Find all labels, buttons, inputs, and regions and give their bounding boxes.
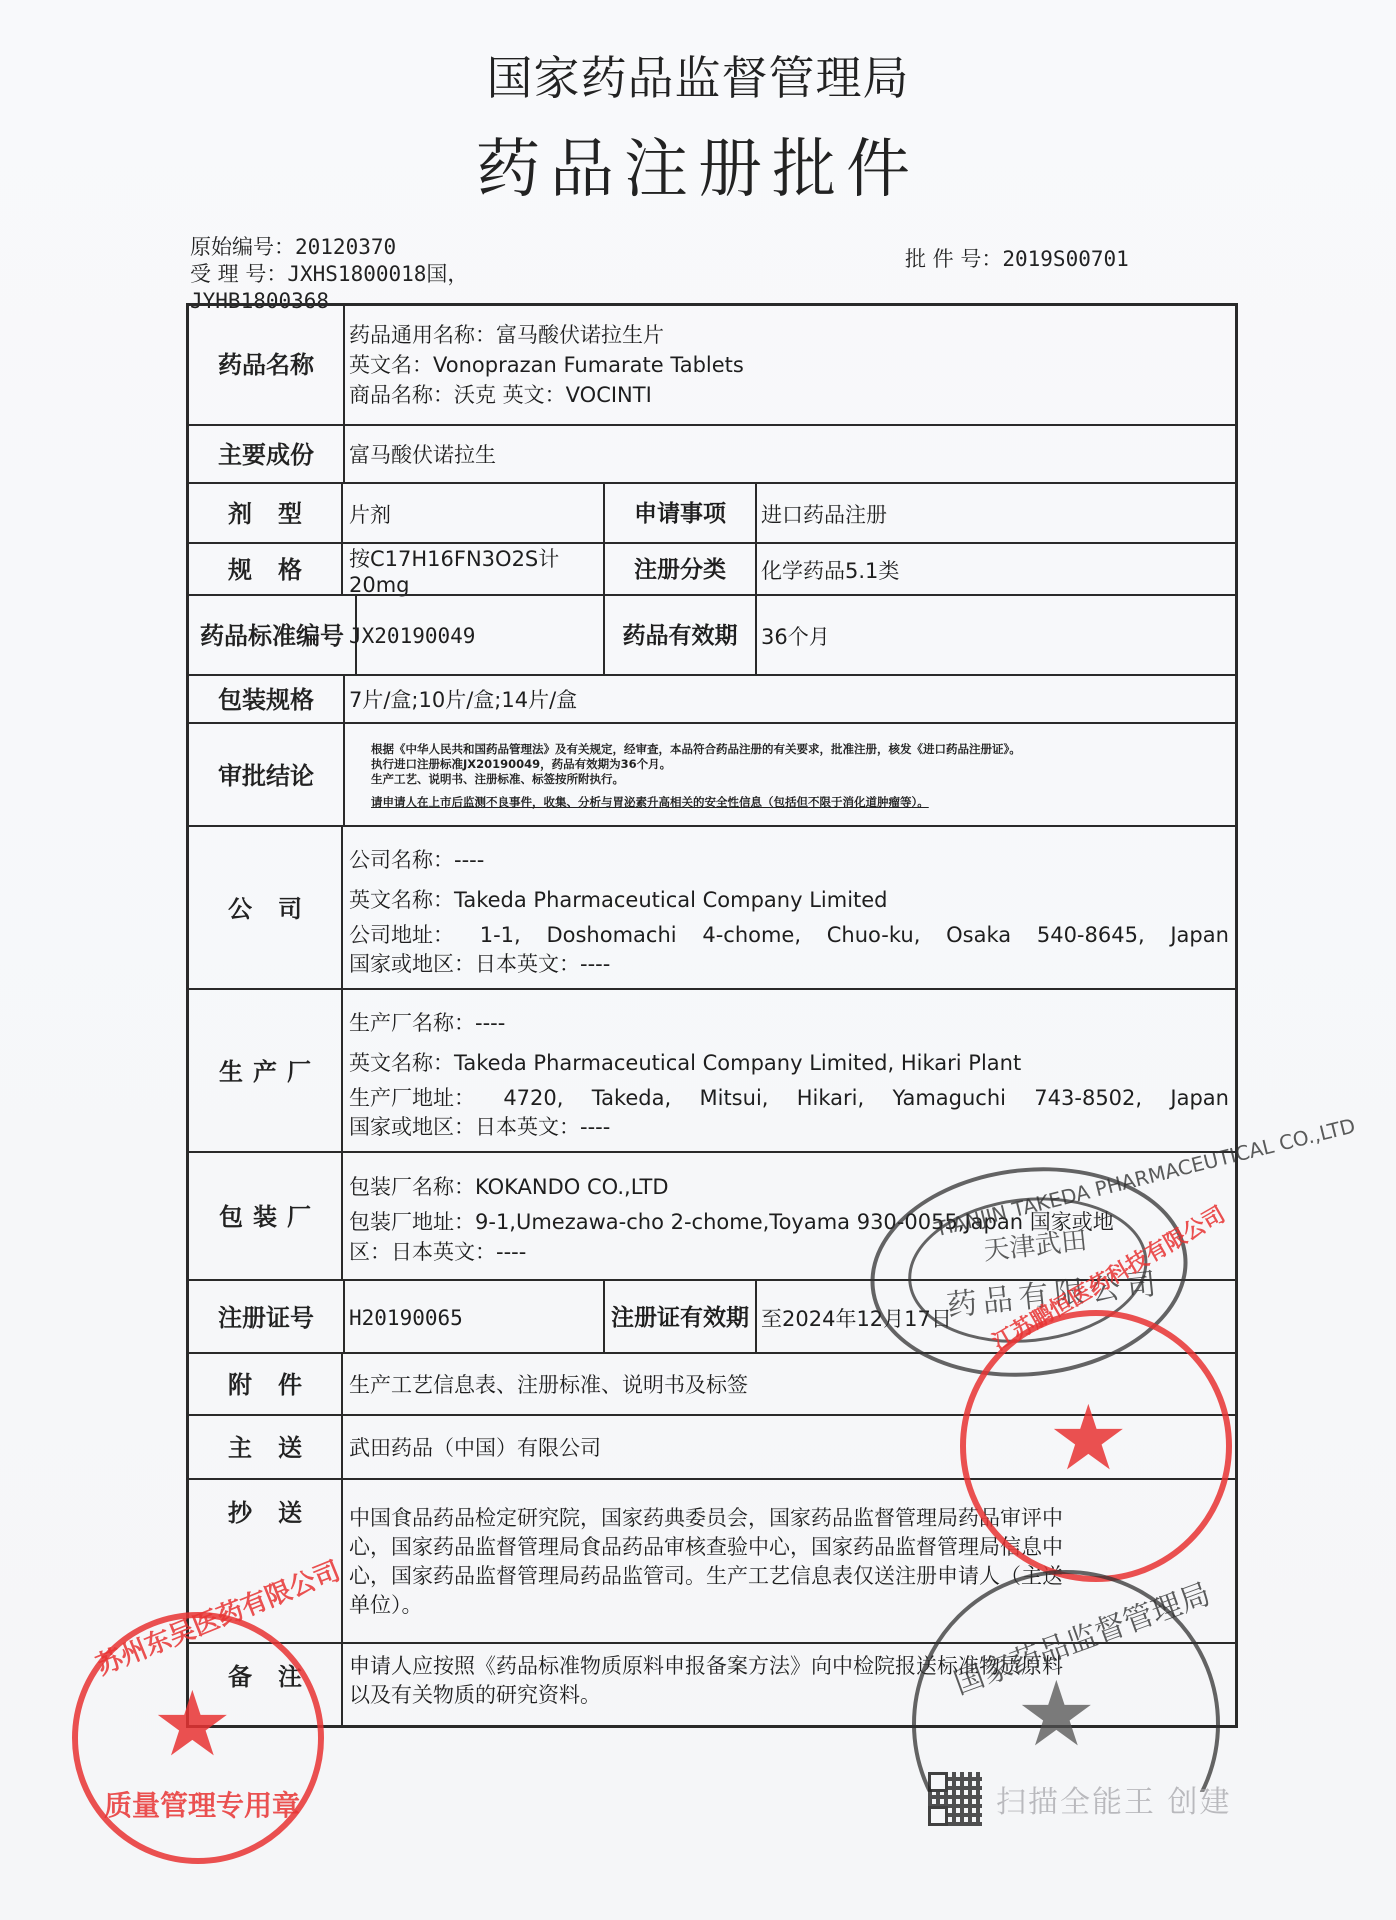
company-english-name: 英文名称：Takeda Pharmaceutical Company Limit… bbox=[349, 880, 1229, 920]
company-name: 公司名称：---- bbox=[349, 840, 1229, 880]
certificate-number-value: H20190065 bbox=[349, 1281, 599, 1354]
watermark-text: 扫描全能王 创建 bbox=[996, 1777, 1232, 1821]
row-remarks: 备注 申请人应按照《药品标准物质原料申报备案方法》向中检院报送标准物质原料 以及… bbox=[189, 1642, 1235, 1725]
label-packaging-spec: 包装规格 bbox=[189, 676, 345, 724]
row-cc: 抄送 中国食品药品检定研究院，国家药典委员会，国家药品监督管理局药品审评中 心，… bbox=[189, 1478, 1235, 1644]
approval-number: 批 件 号：2019S00701 bbox=[905, 246, 1129, 273]
label-remarks: 备注 bbox=[189, 1644, 343, 1725]
main-recipient-value: 武田药品（中国）有限公司 bbox=[349, 1433, 1229, 1463]
row-dosage-form: 剂型 片剂 申请事项 进口药品注册 bbox=[189, 482, 1235, 544]
generic-name: 药品通用名称：富马酸伏诺拉生片 bbox=[349, 320, 1229, 350]
label-attachments: 附件 bbox=[189, 1354, 343, 1416]
certificate-validity-value: 至2024年12月17日 bbox=[761, 1281, 1229, 1354]
row-certificate: 注册证号 H20190065 注册证有效期 至2024年12月17日 bbox=[189, 1279, 1235, 1354]
manufacturer-address: 生产厂地址： 4720, Takeda, Mitsui, Hikari, Yam… bbox=[349, 1083, 1229, 1113]
row-conclusion: 审批结论 根据《中华人民共和国药品管理法》及有关规定，经审查，本品符合药品注册的… bbox=[189, 722, 1235, 827]
application-item-value: 进口药品注册 bbox=[761, 484, 1229, 544]
row-main-recipient: 主送 武田药品（中国）有限公司 bbox=[189, 1414, 1235, 1480]
label-conclusion: 审批结论 bbox=[189, 724, 345, 827]
row-manufacturer: 生产厂 生产厂名称：---- 英文名称：Takeda Pharmaceutica… bbox=[189, 988, 1235, 1153]
manufacturer-english-name: 英文名称：Takeda Pharmaceutical Company Limit… bbox=[349, 1043, 1229, 1083]
label-registration-category: 注册分类 bbox=[603, 544, 757, 596]
original-number: 原始编号：20120370 bbox=[190, 234, 468, 261]
qr-code-icon bbox=[928, 1772, 982, 1826]
company-address: 公司地址： 1-1, Doshomachi 4-chome, Chuo-ku, … bbox=[349, 920, 1229, 950]
label-packager: 包装厂 bbox=[189, 1153, 343, 1281]
scanner-watermark: 扫描全能王 创建 bbox=[928, 1772, 1232, 1826]
label-cc: 抄送 bbox=[189, 1480, 343, 1644]
dosage-form-value: 片剂 bbox=[349, 484, 599, 544]
conclusion-text: 根据《中华人民共和国药品管理法》及有关规定，经审查，本品符合药品注册的有关要求，… bbox=[349, 724, 1229, 827]
issuing-agency: 国家药品监督管理局 bbox=[0, 42, 1396, 108]
packager-address: 包装厂地址：9-1,Umezawa-cho 2-chome,Toyama 930… bbox=[349, 1207, 1229, 1237]
packager-name: 包装厂名称：KOKANDO CO.,LTD bbox=[349, 1167, 1229, 1207]
label-specification: 规格 bbox=[189, 544, 343, 596]
registration-category-value: 化学药品5.1类 bbox=[761, 544, 1229, 596]
manufacturer-name: 生产厂名称：---- bbox=[349, 1003, 1229, 1043]
label-manufacturer: 生产厂 bbox=[189, 990, 343, 1153]
manufacturer-country: 国家或地区：日本英文：---- bbox=[349, 1113, 1229, 1141]
row-company: 公司 公司名称：---- 英文名称：Takeda Pharmaceutical … bbox=[189, 825, 1235, 990]
label-main-ingredient: 主要成份 bbox=[189, 426, 345, 484]
trade-name: 商品名称：沃克 英文：VOCINTI bbox=[349, 380, 1229, 410]
packaging-spec-value: 7片/盒;10片/盒;14片/盒 bbox=[349, 685, 1229, 715]
english-name: 英文名：Vonoprazan Fumarate Tablets bbox=[349, 350, 1229, 380]
label-company: 公司 bbox=[189, 827, 343, 990]
standard-number-value: JX20190049 bbox=[349, 596, 599, 676]
label-shelf-life: 药品有效期 bbox=[603, 596, 757, 676]
cc-value: 中国食品药品检定研究院，国家药典委员会，国家药品监督管理局药品审评中 心，国家药… bbox=[349, 1480, 1229, 1644]
document-title: 药品注册批件 bbox=[0, 118, 1396, 210]
main-ingredient-value: 富马酸伏诺拉生 bbox=[349, 426, 1229, 484]
attachments-value: 生产工艺信息表、注册标准、说明书及标签 bbox=[349, 1370, 1229, 1400]
row-packager: 包装厂 包装厂名称：KOKANDO CO.,LTD 包装厂地址：9-1,Umez… bbox=[189, 1151, 1235, 1281]
remarks-value: 申请人应按照《药品标准物质原料申报备案方法》向中检院报送标准物质原料 以及有关物… bbox=[349, 1644, 1229, 1725]
label-application-item: 申请事项 bbox=[603, 484, 757, 544]
label-drug-name: 药品名称 bbox=[189, 306, 345, 424]
packager-country: 区：日本英文：---- bbox=[349, 1237, 1229, 1267]
suzhou-seal-bottom-text: 质量管理专用章 bbox=[104, 1784, 300, 1824]
row-specification: 规格 按C17H16FN3O2S计 20mg 注册分类 化学药品5.1类 bbox=[189, 542, 1235, 596]
label-dosage-form: 剂型 bbox=[189, 484, 343, 544]
document-page: 国家药品监督管理局 药品注册批件 原始编号：20120370 受 理 号：JXH… bbox=[0, 0, 1396, 1920]
label-certificate-validity: 注册证有效期 bbox=[603, 1281, 757, 1354]
row-standard-number: 药品标准编号 JX20190049 药品有效期 36个月 bbox=[189, 594, 1235, 676]
label-certificate-number: 注册证号 bbox=[189, 1281, 345, 1354]
shelf-life-value: 36个月 bbox=[761, 596, 1229, 676]
acceptance-number: 受 理 号：JXHS1800018国， bbox=[190, 261, 468, 288]
label-main-recipient: 主送 bbox=[189, 1416, 343, 1480]
row-packaging-spec: 包装规格 7片/盒;10片/盒;14片/盒 bbox=[189, 674, 1235, 724]
specification-value: 按C17H16FN3O2S计 20mg bbox=[349, 544, 599, 596]
company-country: 国家或地区：日本英文：---- bbox=[349, 950, 1229, 978]
registration-table: 药品名称 药品通用名称：富马酸伏诺拉生片 英文名：Vonoprazan Fuma… bbox=[186, 303, 1238, 1728]
row-main-ingredient: 主要成份 富马酸伏诺拉生 bbox=[189, 424, 1235, 484]
label-standard-number: 药品标准编号 bbox=[189, 596, 357, 676]
row-drug-name: 药品名称 药品通用名称：富马酸伏诺拉生片 英文名：Vonoprazan Fuma… bbox=[189, 306, 1235, 424]
row-attachments: 附件 生产工艺信息表、注册标准、说明书及标签 bbox=[189, 1352, 1235, 1416]
